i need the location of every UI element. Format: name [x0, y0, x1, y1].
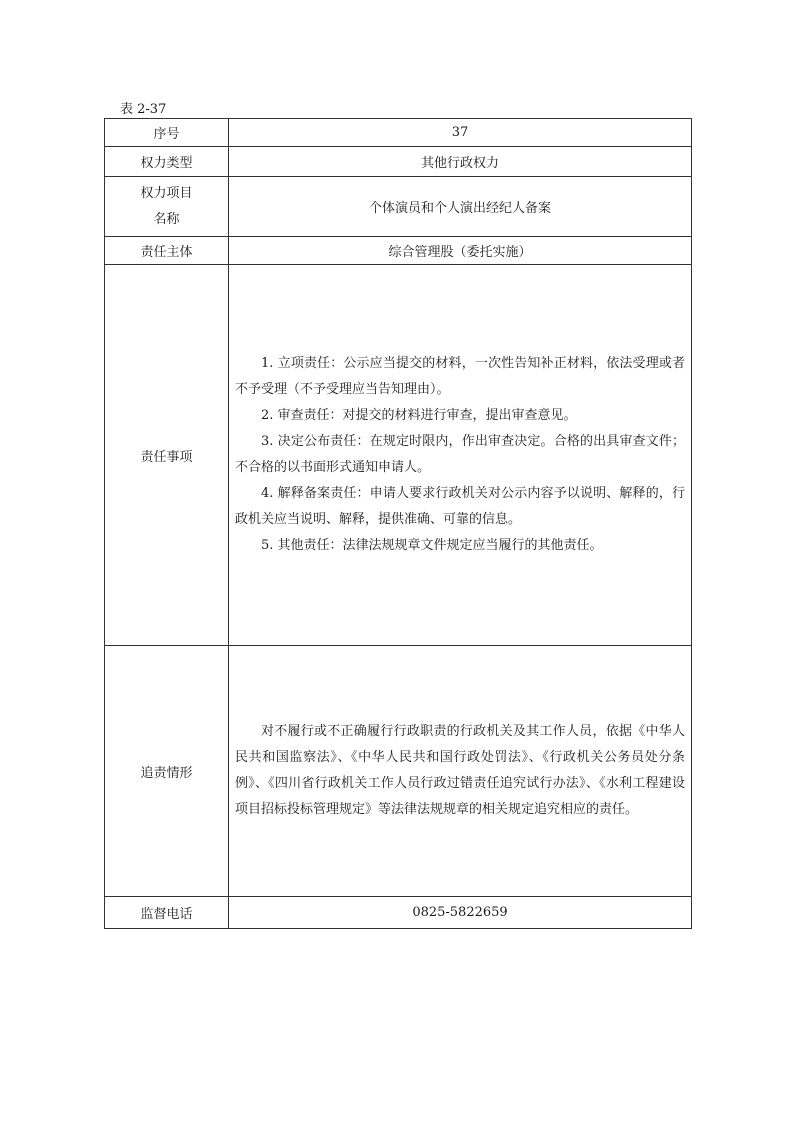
row-duties: 责任事项 1. 立项责任：公示应当提交的材料，一次性告知补正材料，依法受理或者不…: [105, 265, 692, 646]
label-serial: 序号: [105, 119, 229, 147]
power-responsibility-table: 序号 37 权力类型 其他行政权力 权力项目 名称 个体演员和个人演出经纪人备案…: [104, 118, 692, 929]
label-item-name: 权力项目 名称: [105, 177, 229, 237]
value-power-type: 其他行政权力: [229, 147, 692, 177]
value-duties: 1. 立项责任：公示应当提交的材料，一次性告知补正材料，依法受理或者不予受理（不…: [229, 265, 692, 646]
value-item-name: 个体演员和个人演出经纪人备案: [229, 177, 692, 237]
accountability-text: 对不履行或不正确履行行政职责的行政机关及其工作人员，依据《中华人民共和国监察法》…: [235, 719, 685, 823]
value-serial: 37: [229, 119, 692, 147]
row-item-name: 权力项目 名称 个体演员和个人演出经纪人备案: [105, 177, 692, 237]
value-subject: 综合管理股（委托实施）: [229, 237, 692, 265]
table-caption: 表 2-37: [120, 98, 166, 117]
label-duties: 责任事项: [105, 265, 229, 646]
row-power-type: 权力类型 其他行政权力: [105, 147, 692, 177]
duty-item: 3. 决定公布责任：在规定时限内，作出审查决定。合格的出具审查文件；不合格的以书…: [235, 429, 685, 481]
label-power-type: 权力类型: [105, 147, 229, 177]
duty-item: 5. 其他责任：法律法规规章文件规定应当履行的其他责任。: [235, 533, 685, 559]
row-subject: 责任主体 综合管理股（委托实施）: [105, 237, 692, 265]
duty-item: 1. 立项责任：公示应当提交的材料，一次性告知补正材料，依法受理或者不予受理（不…: [235, 351, 685, 403]
row-phone: 监督电话 0825-5822659: [105, 897, 692, 929]
label-accountability: 追责情形: [105, 646, 229, 897]
value-phone: 0825-5822659: [229, 897, 692, 929]
label-subject: 责任主体: [105, 237, 229, 265]
row-accountability: 追责情形 对不履行或不正确履行行政职责的行政机关及其工作人员，依据《中华人民共和…: [105, 646, 692, 897]
label-item-name-line2: 名称: [105, 207, 228, 233]
duty-item: 2. 审查责任：对提交的材料进行审查，提出审查意见。: [235, 403, 685, 429]
row-serial: 序号 37: [105, 119, 692, 147]
label-item-name-line1: 权力项目: [105, 181, 228, 207]
duty-item: 4. 解释备案责任：申请人要求行政机关对公示内容予以说明、解释的，行政机关应当说…: [235, 481, 685, 533]
value-accountability: 对不履行或不正确履行行政职责的行政机关及其工作人员，依据《中华人民共和国监察法》…: [229, 646, 692, 897]
label-phone: 监督电话: [105, 897, 229, 929]
